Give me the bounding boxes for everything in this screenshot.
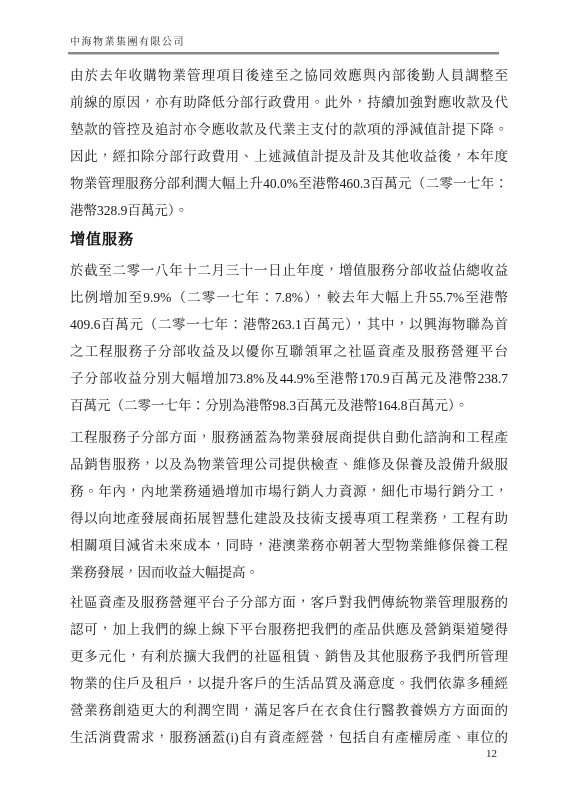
text-line: 因此，經扣除分部行政費用、上述減值計提及計及其他收益後，本年度 — [70, 143, 508, 170]
paragraph-3: 工程服務子分部方面，服務涵蓋為物業發展商提供自動化諮詢和工程產 品銷售服務，以及… — [70, 424, 508, 587]
text-line: 比例增加至9.9%（二零一七年：7.8%），較去年大幅上升55.7%至港幣 — [70, 284, 508, 311]
text-line: 社區資產及服務營運平台子分部方面，客戶對我們傳統物業管理服務的 — [70, 589, 508, 616]
text-line: 之工程服務子分部收益及以優你互聯領軍之社區資產及服務營運平台 — [70, 338, 508, 365]
paragraph-1: 由於去年收購物業管理項目後達至之協同效應與內部後勤人員調整至 前線的原因，亦有助… — [70, 62, 508, 225]
text-line: 百萬元（二零一七年：分別為港幣98.3百萬元及港幣164.8百萬元）。 — [70, 392, 508, 419]
text-line: 務。年內，內地業務通過增加市場行銷人力資源，細化市場行銷分工， — [70, 478, 508, 505]
paragraph-2: 於截至二零一八年十二月三十一日止年度，增值服務分部收益佔總收益 比例增加至9.9… — [70, 257, 508, 420]
text-line: 營業務創造更大的利潤空間，滿足客戶在衣食住行醫教養娛方方面面的 — [70, 697, 508, 724]
text-line: 子分部收益分別大幅增加73.8%及44.9%至港幣170.9百萬元及港幣238.… — [70, 365, 508, 392]
document-page: 中海物業集團有限公司 由於去年收購物業管理項目後達至之協同效應與內部後勤人員調整… — [0, 0, 565, 800]
text-line: 前線的原因，亦有助降低分部行政費用。此外，持續加強對應收款及代 — [70, 89, 508, 116]
text-line: 更多元化，有利於擴大我們的社區租賃、銷售及其他服務予我們所管理 — [70, 643, 508, 670]
company-name-header: 中海物業集團有限公司 — [70, 36, 185, 50]
text-line: 認可，加上我們的線上線下平台服務把我們的產品供應及營銷渠道變得 — [70, 616, 508, 643]
text-line: 業務發展，因而收益大幅提高。 — [70, 559, 508, 586]
text-line: 得以向地產發展商拓展智慧化建設及技術支援專項工程業務，工程有助 — [70, 505, 508, 532]
text-line: 工程服務子分部方面，服務涵蓋為物業發展商提供自動化諮詢和工程產 — [70, 424, 508, 451]
text-line: 物業管理服務分部利潤大幅上升40.0%至港幣460.3百萬元（二零一七年： — [70, 170, 508, 197]
text-line: 墊款的管控及追討亦令應收款及代業主支付的款項的淨減值計提下降。 — [70, 116, 508, 143]
text-line: 於截至二零一八年十二月三十一日止年度，增值服務分部收益佔總收益 — [70, 257, 508, 284]
section-heading: 增值服務 — [70, 230, 134, 250]
paragraph-4: 社區資產及服務營運平台子分部方面，客戶對我們傳統物業管理服務的 認可，加上我們的… — [70, 589, 508, 752]
text-line: 港幣328.9百萬元）。 — [70, 197, 508, 224]
text-line: 物業的住戶及租戶，以提升客戶的生活品質及滿意度。我們依靠多種經 — [70, 670, 508, 697]
text-line: 由於去年收購物業管理項目後達至之協同效應與內部後勤人員調整至 — [70, 62, 508, 89]
text-line: 409.6百萬元（二零一七年：港幣263.1百萬元），其中，以興海物聯為首 — [70, 311, 508, 338]
text-line: 品銷售服務，以及為物業管理公司提供檢查、維修及保養及設備升級服 — [70, 451, 508, 478]
header-divider — [68, 52, 499, 55]
page-number: 12 — [70, 747, 508, 761]
text-line: 相關項目減省未來成本，同時，港澳業務亦朝著大型物業維修保養工程 — [70, 532, 508, 559]
